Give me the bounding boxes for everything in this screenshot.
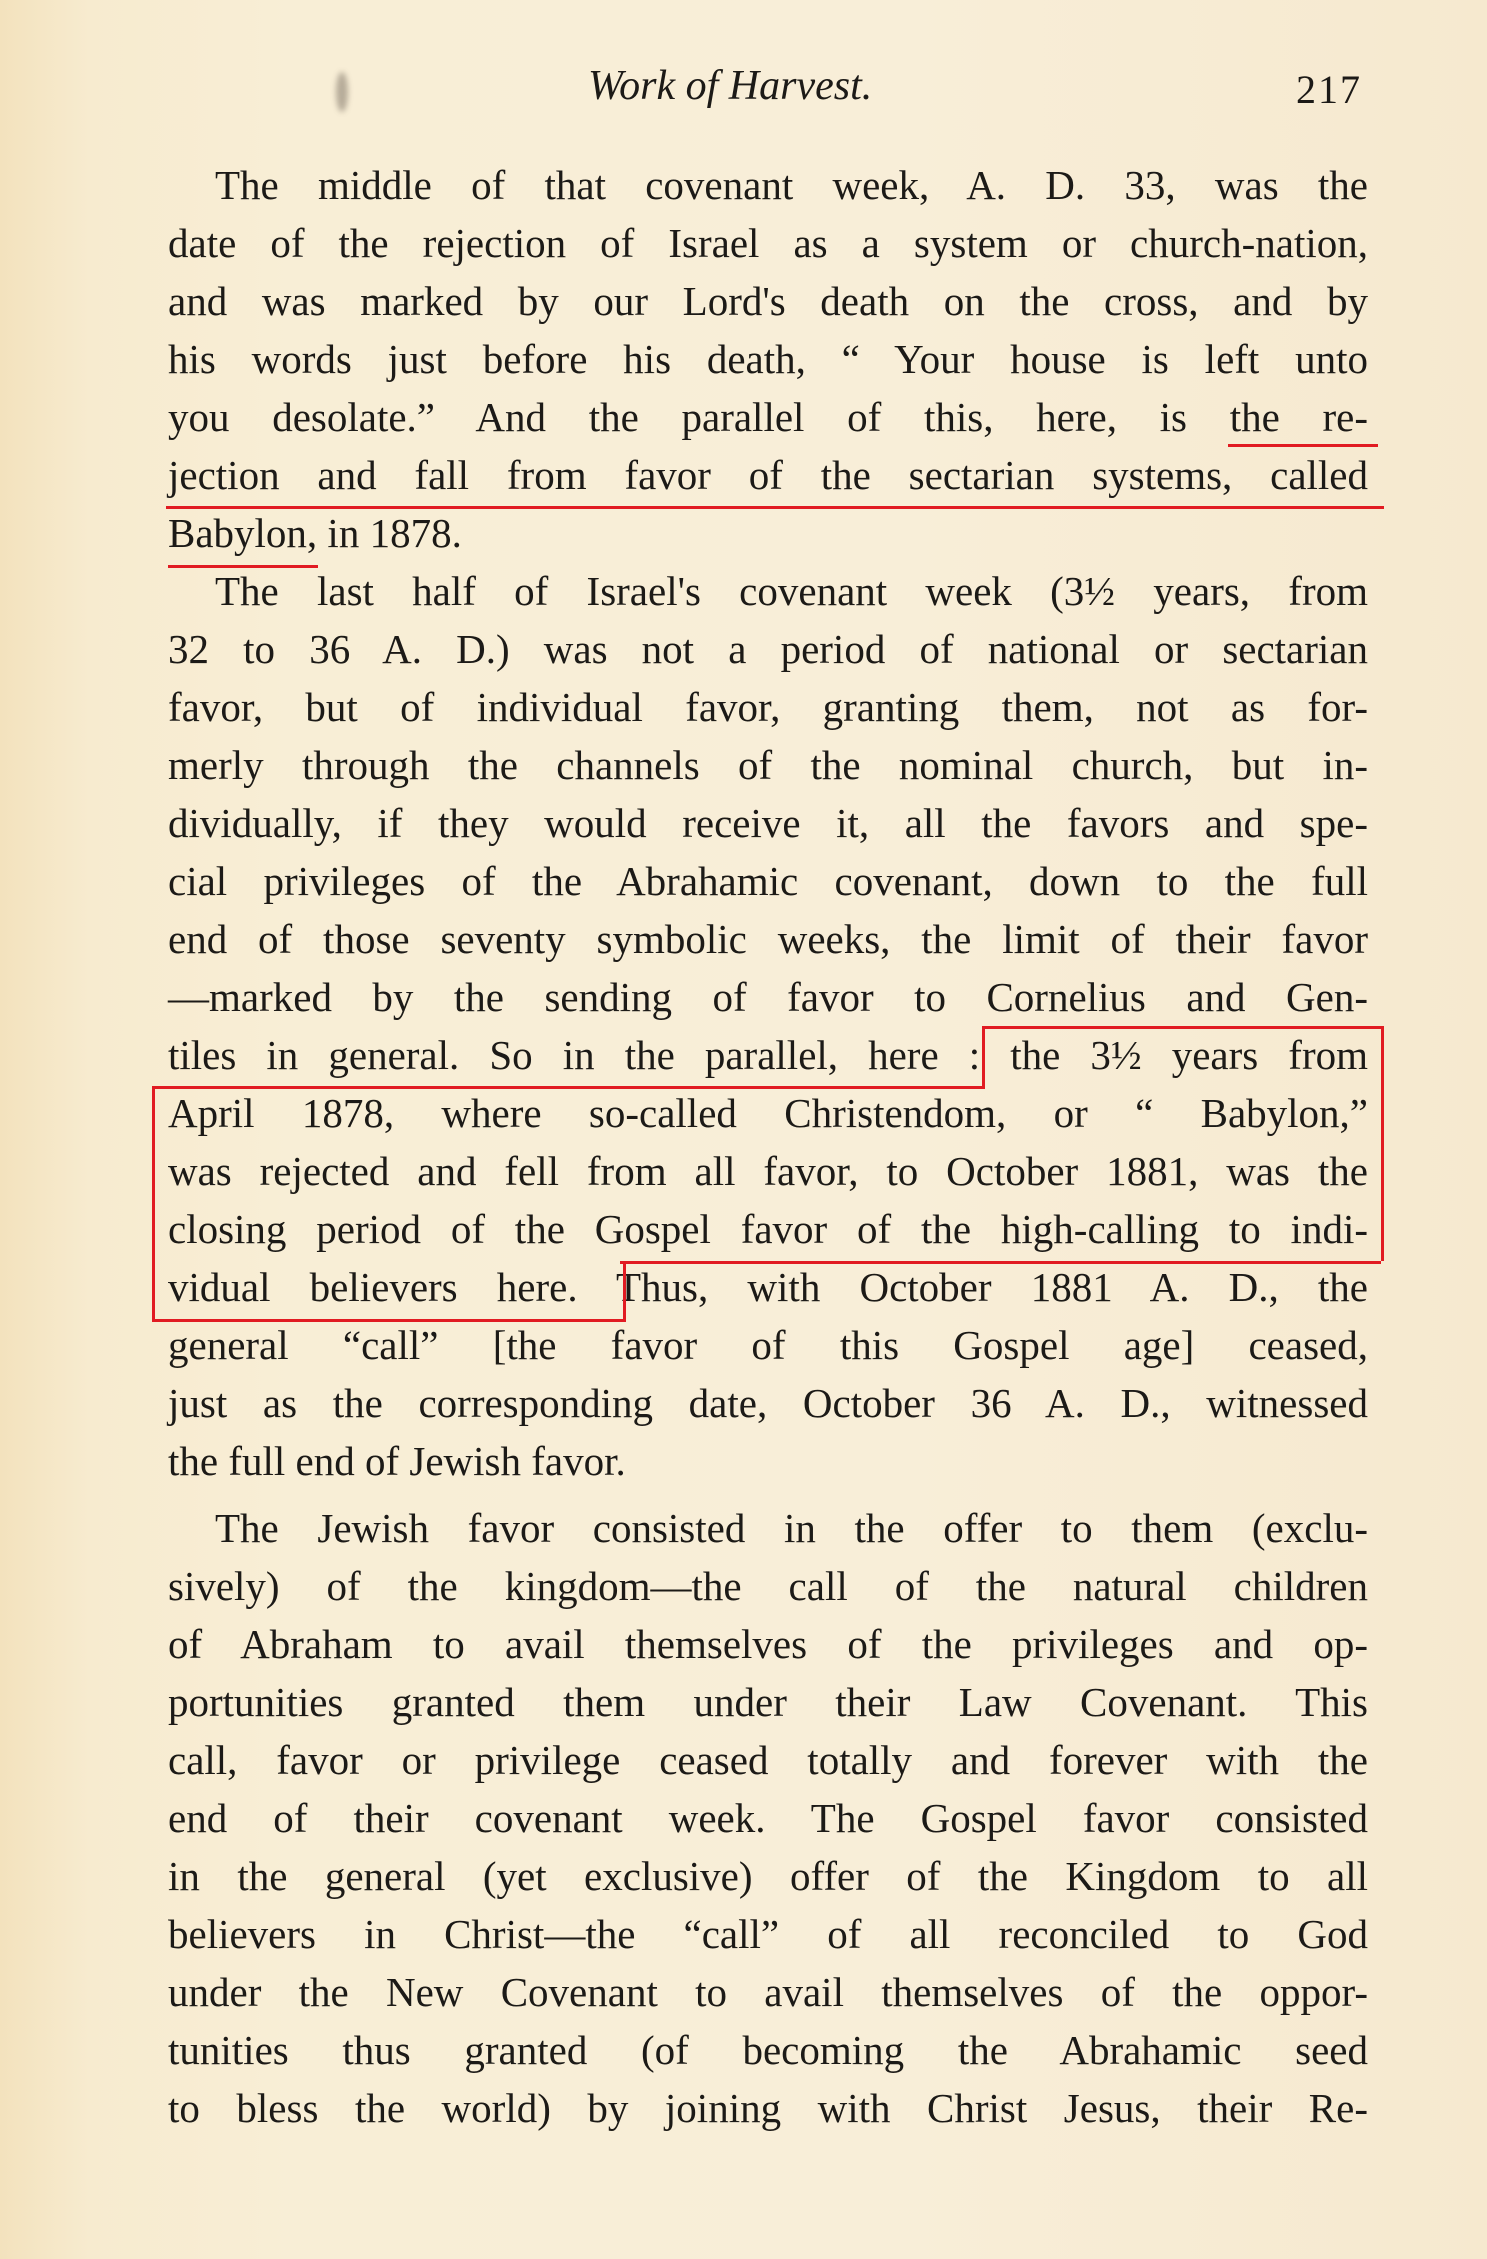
text-line: vidual believers here. Thus, with Octobe…: [168, 1258, 1368, 1316]
text-line: call, favor or privilege ceased totally …: [168, 1731, 1368, 1789]
text-line: cial privileges of the Abrahamic covenan…: [168, 852, 1368, 910]
text-line: end of those seventy symbolic weeks, the…: [168, 910, 1368, 968]
text-line: sively) of the kingdom—the call of the n…: [168, 1557, 1368, 1615]
text-line: The middle of that covenant week, A. D. …: [215, 156, 1368, 214]
running-head: Work of Harvest.: [588, 62, 872, 110]
text-line: portunities granted them under their Law…: [168, 1673, 1368, 1731]
text-line: The last half of Israel's covenant week …: [215, 562, 1368, 620]
text-line: his words just before his death, “ Your …: [168, 330, 1368, 388]
text-line: the full end of Jewish favor.: [168, 1432, 1368, 1490]
text-line: jection and fall from favor of the secta…: [168, 446, 1368, 504]
page-number: 217: [1296, 66, 1362, 113]
text-line: favor, but of individual favor, granting…: [168, 678, 1368, 736]
text-line: under the New Covenant to avail themselv…: [168, 1963, 1368, 2021]
text-line: tunities thus granted (of becoming the A…: [168, 2021, 1368, 2079]
scan-smudge: [336, 72, 348, 112]
text-line: you desolate.” And the parallel of this,…: [168, 388, 1368, 446]
text-line: general “call” [the favor of this Gospel…: [168, 1316, 1368, 1374]
text-line: in the general (yet exclusive) offer of …: [168, 1847, 1368, 1905]
text-line: dividually, if they would receive it, al…: [168, 794, 1368, 852]
text-line: date of the rejection of Israel as a sys…: [168, 214, 1368, 272]
text-line: end of their covenant week. The Gospel f…: [168, 1789, 1368, 1847]
text-line: to bless the world) by joining with Chri…: [168, 2079, 1368, 2137]
text-line: tiles in general. So in the parallel, he…: [168, 1026, 1368, 1084]
text-line: April 1878, where so-called Christendom,…: [168, 1084, 1368, 1142]
text-line: believers in Christ—the “call” of all re…: [168, 1905, 1368, 1963]
text-line: merly through the channels of the nomina…: [168, 736, 1368, 794]
text-line: —marked by the sending of favor to Corne…: [168, 968, 1368, 1026]
page-header: Work of Harvest. 217: [0, 62, 1487, 122]
text-line: Babylon, in 1878.: [168, 504, 1368, 562]
text-line: was rejected and fell from all favor, to…: [168, 1142, 1368, 1200]
text-line: just as the corresponding date, October …: [168, 1374, 1368, 1432]
text-line: The Jewish favor consisted in the offer …: [215, 1499, 1368, 1557]
text-line: and was marked by our Lord's death on th…: [168, 272, 1368, 330]
text-line: of Abraham to avail themselves of the pr…: [168, 1615, 1368, 1673]
text-line: 32 to 36 A. D.) was not a period of nati…: [168, 620, 1368, 678]
text-line: closing period of the Gospel favor of th…: [168, 1200, 1368, 1258]
